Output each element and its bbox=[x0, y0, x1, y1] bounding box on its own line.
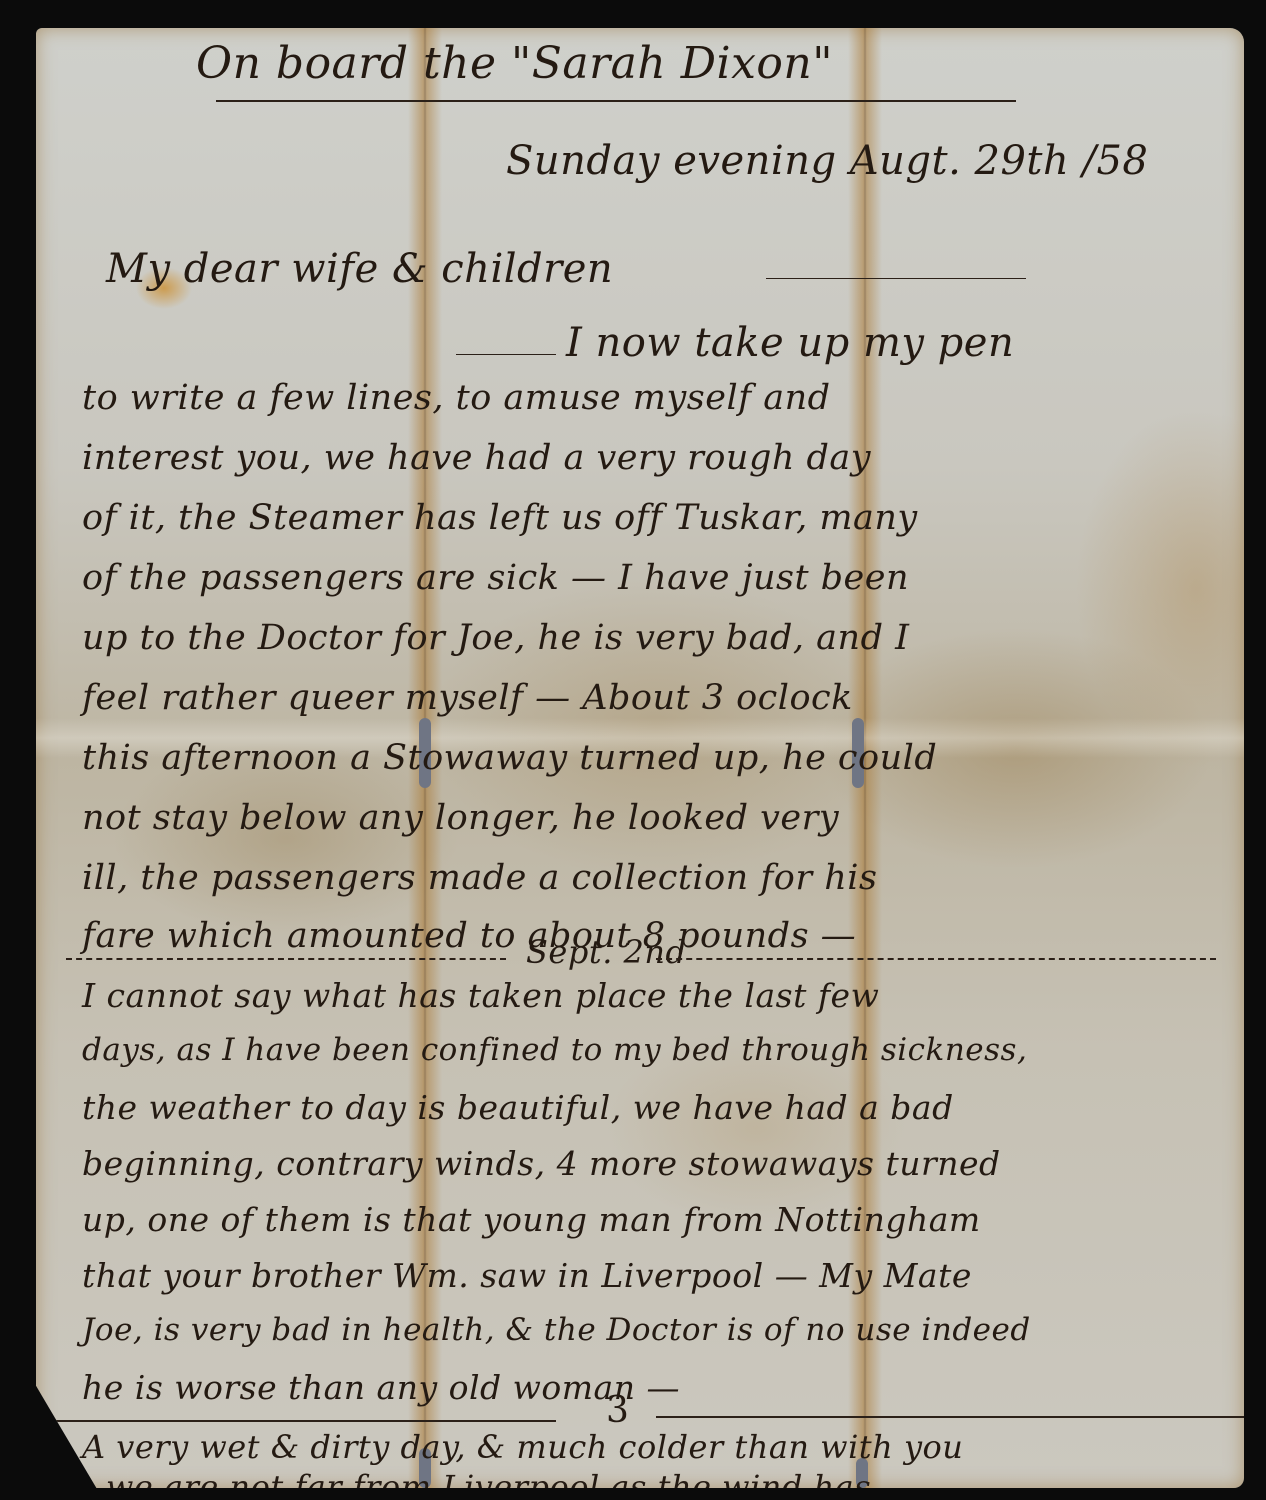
body-line: up to the Doctor for Joe, he is very bad… bbox=[82, 618, 909, 658]
section-divider bbox=[656, 1416, 1244, 1418]
body-line: beginning, contrary winds, 4 more stowaw… bbox=[82, 1144, 1001, 1183]
section-divider bbox=[36, 1420, 556, 1422]
section-number: 3 bbox=[606, 1390, 629, 1431]
body-line: that your brother Wm. saw in Liverpool —… bbox=[82, 1256, 972, 1295]
body-line: we are not far from Liverpool as the win… bbox=[106, 1468, 871, 1500]
body-line: not stay below any longer, he looked ver… bbox=[82, 798, 839, 838]
body-line: interest you, we have had a very rough d… bbox=[82, 438, 871, 478]
salutation-rule bbox=[766, 278, 1026, 279]
body-line: of it, the Steamer has left us off Tuska… bbox=[82, 498, 918, 538]
body-line: Joe, is very bad in health, & the Doctor… bbox=[82, 1312, 1031, 1348]
letter-salutation: My dear wife & children bbox=[106, 246, 613, 292]
body-line: to write a few lines, to amuse myself an… bbox=[82, 378, 831, 418]
body-line: A very wet & dirty day, & much colder th… bbox=[82, 1428, 963, 1466]
body-line: ill, the passengers made a collection fo… bbox=[82, 858, 877, 898]
body-line: of the passengers are sick — I have just… bbox=[82, 558, 909, 598]
letter-page: On board the "Sarah Dixon" Sunday evenin… bbox=[36, 28, 1244, 1488]
body-line: I now take up my pen bbox=[566, 320, 1014, 366]
body-line: he is worse than any old woman — bbox=[82, 1368, 680, 1407]
body-line: I cannot say what has taken place the la… bbox=[82, 976, 879, 1015]
body-line: fare which amounted to about 8 pounds — bbox=[82, 916, 856, 956]
letter-dateline: Sunday evening Augt. 29th /58 bbox=[506, 138, 1148, 184]
section-divider bbox=[656, 958, 1216, 960]
section-date: Sept. 2nd bbox=[526, 933, 687, 971]
body-line: up, one of them is that young man from N… bbox=[82, 1200, 981, 1239]
body-line: feel rather queer myself — About 3 ocloc… bbox=[82, 678, 853, 718]
indent-dash bbox=[456, 354, 556, 355]
letter-heading: On board the "Sarah Dixon" bbox=[196, 38, 833, 89]
section-divider bbox=[66, 958, 506, 960]
heading-underline bbox=[216, 100, 1016, 102]
body-line: days, as I have been confined to my bed … bbox=[82, 1032, 1027, 1068]
body-line: the weather to day is beautiful, we have… bbox=[82, 1088, 954, 1127]
body-line: this afternoon a Stowaway turned up, he … bbox=[82, 738, 937, 778]
